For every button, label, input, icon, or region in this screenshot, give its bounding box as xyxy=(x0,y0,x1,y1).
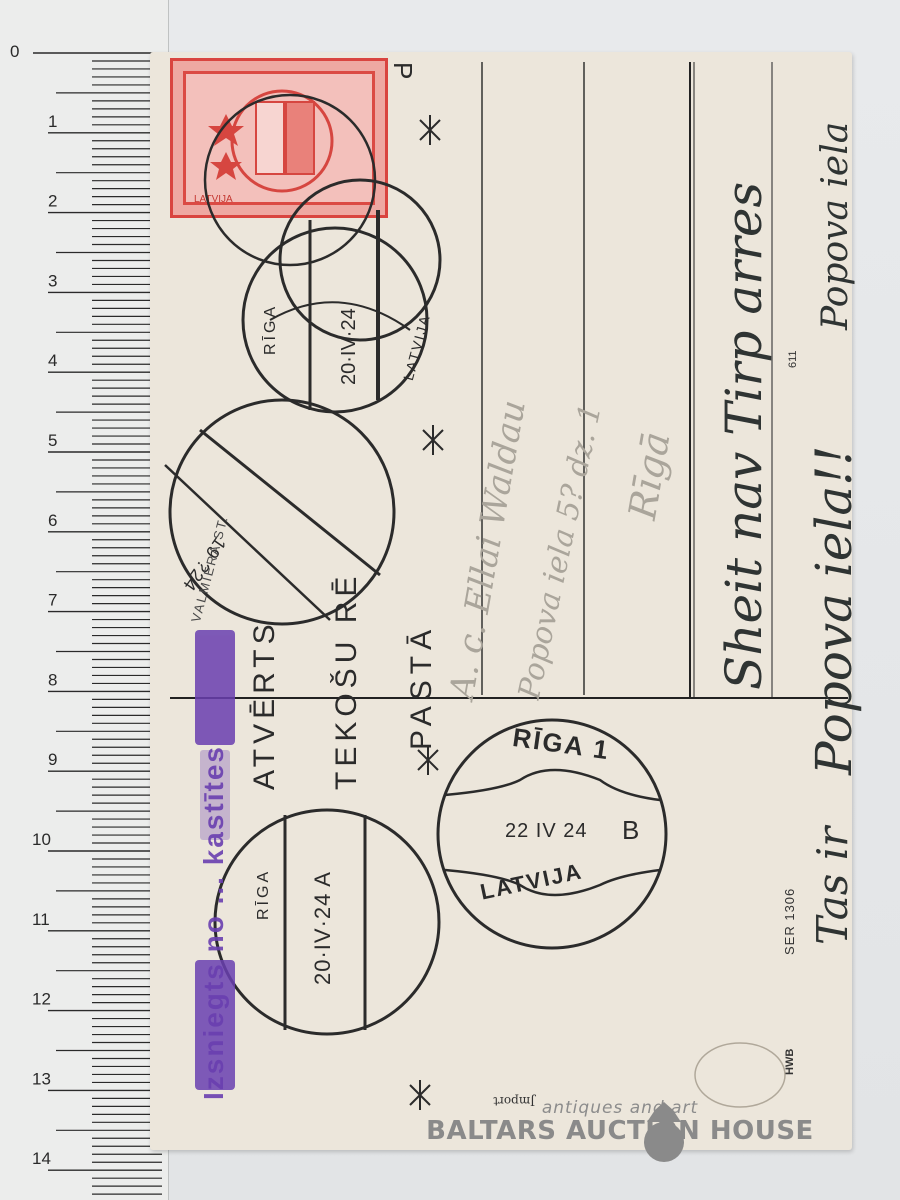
postmark-riga-1-suffix: B xyxy=(622,815,639,846)
postmark-riga-top-title: RĪGA xyxy=(262,304,280,355)
postmark-riga-1-date: 22 IV 24 xyxy=(505,820,588,843)
handwriting-address-line1: Sheit nav Tirp arres xyxy=(715,182,773,690)
ornament-asterisks xyxy=(410,115,443,1110)
violet-censor-text: Izsniegts no ... kastītes xyxy=(198,745,230,1100)
handwriting-address-line2: Popova iela!! xyxy=(805,446,863,775)
series-number: SER 1306 xyxy=(782,888,797,955)
handwriting-top-right: Popova iela xyxy=(815,122,856,330)
crown-icon xyxy=(643,1100,685,1170)
card-number: 611 xyxy=(787,350,799,368)
postmark-riga-bottom-date: 20·IV·24 A xyxy=(310,871,336,985)
auction-house-watermark: antiques and art BALTARS AUCTION HOUSE xyxy=(420,1098,820,1146)
handwriting-side-note: Tas ir xyxy=(808,827,857,945)
censor-line-pasta: PASTĀ xyxy=(405,624,439,750)
printed-p-mark: P xyxy=(387,62,418,79)
postmark-riga-top-date: 20·IV·24 xyxy=(338,308,361,385)
postmark-riga-bottom-title: RĪGA xyxy=(255,869,273,920)
censor-line-tekosu: TEKOŠU RĒ xyxy=(330,572,364,790)
watermark-brand: BALTARS AUCTION HOUSE xyxy=(420,1116,820,1146)
publisher-mark: HWB xyxy=(784,1049,796,1075)
censor-line-atverts: ATVĒRTS xyxy=(248,619,282,790)
watermark-tagline: antiques and art xyxy=(420,1098,820,1118)
